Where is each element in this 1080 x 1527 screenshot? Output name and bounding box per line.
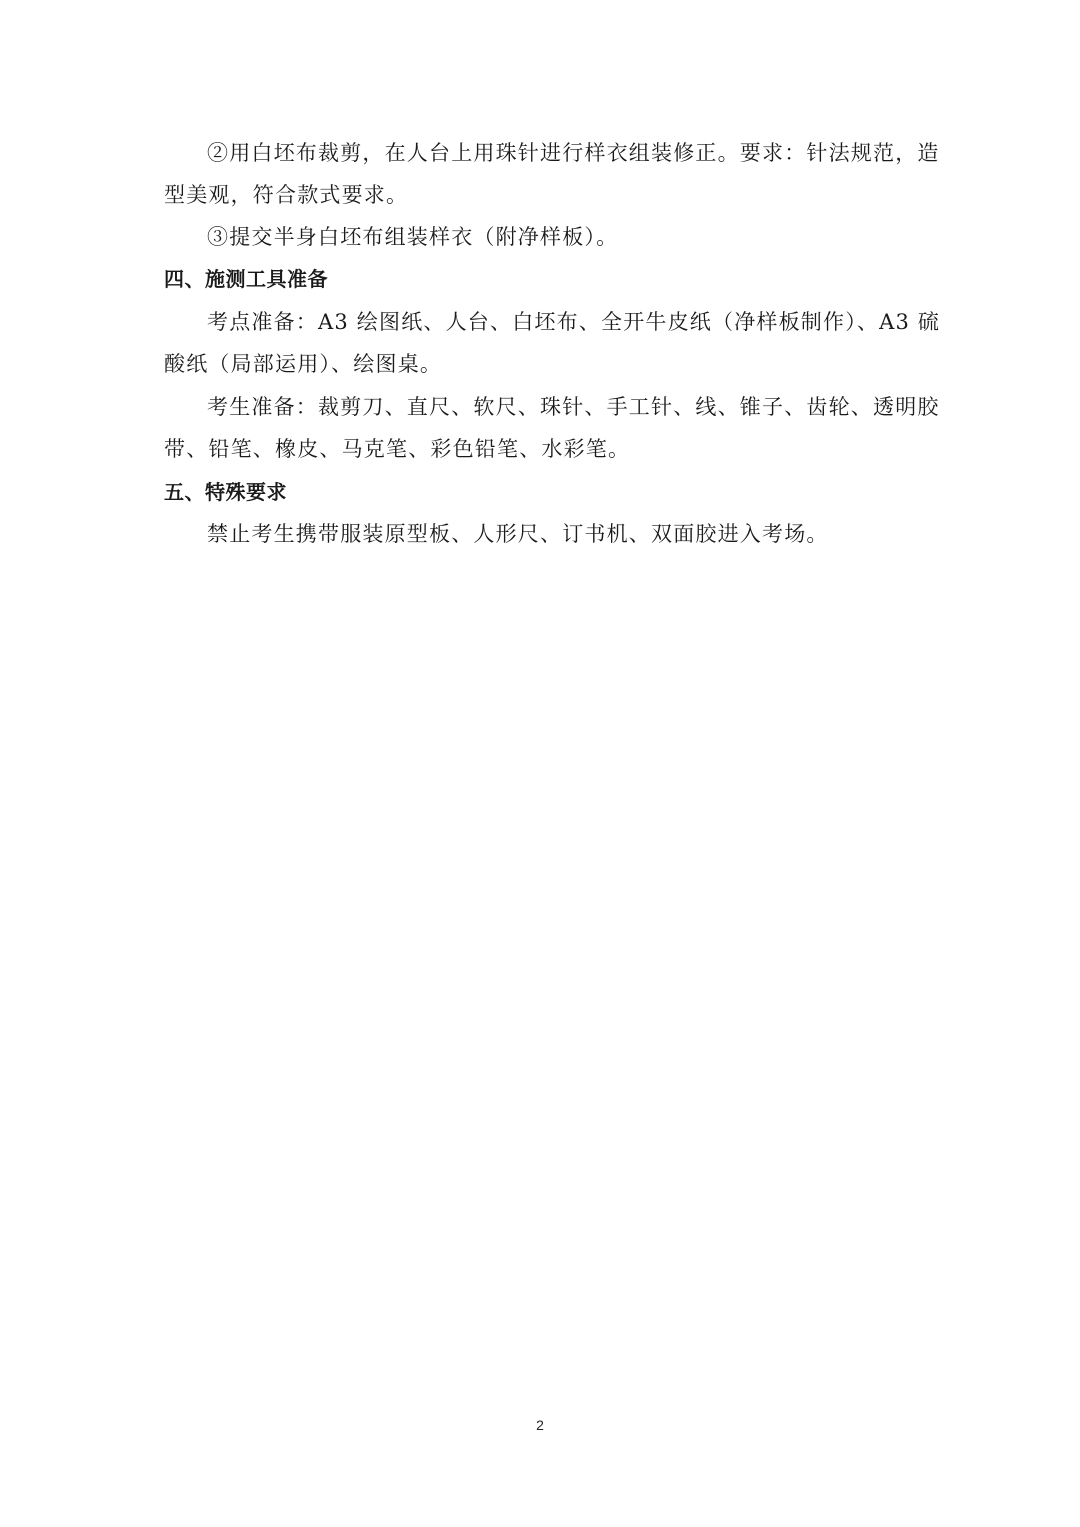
- document-page: ②用白坯布裁剪，在人台上用珠针进行样衣组装修正。要求：针法规范，造 型美观，符合…: [0, 0, 1080, 1527]
- candidate-prep-line-2: 带、铅笔、橡皮、马克笔、彩色铅笔、水彩笔。: [164, 434, 924, 464]
- venue-prep-line-1: 考点准备：A3 绘图纸、人台、白坯布、全开牛皮纸（净样板制作）、A3 硫: [207, 307, 917, 337]
- item-2-line-1: ②用白坯布裁剪，在人台上用珠针进行样衣组装修正。要求：针法规范，造: [207, 138, 917, 168]
- page-number: 2: [0, 1417, 1080, 1433]
- candidate-prep-line-1: 考生准备：裁剪刀、直尺、软尺、珠针、手工针、线、锥子、齿轮、透明胶: [207, 392, 917, 422]
- special-requirements-text: 禁止考生携带服装原型板、人形尺、订书机、双面胶进入考场。: [207, 519, 967, 549]
- section-4-heading: 四、施测工具准备: [164, 264, 924, 294]
- section-5-heading: 五、特殊要求: [164, 477, 924, 507]
- item-3-line-1: ③提交半身白坯布组装样衣（附净样板）。: [207, 222, 967, 252]
- item-2-line-2: 型美观，符合款式要求。: [164, 180, 924, 210]
- venue-prep-line-2: 酸纸（局部运用）、绘图桌。: [164, 349, 924, 379]
